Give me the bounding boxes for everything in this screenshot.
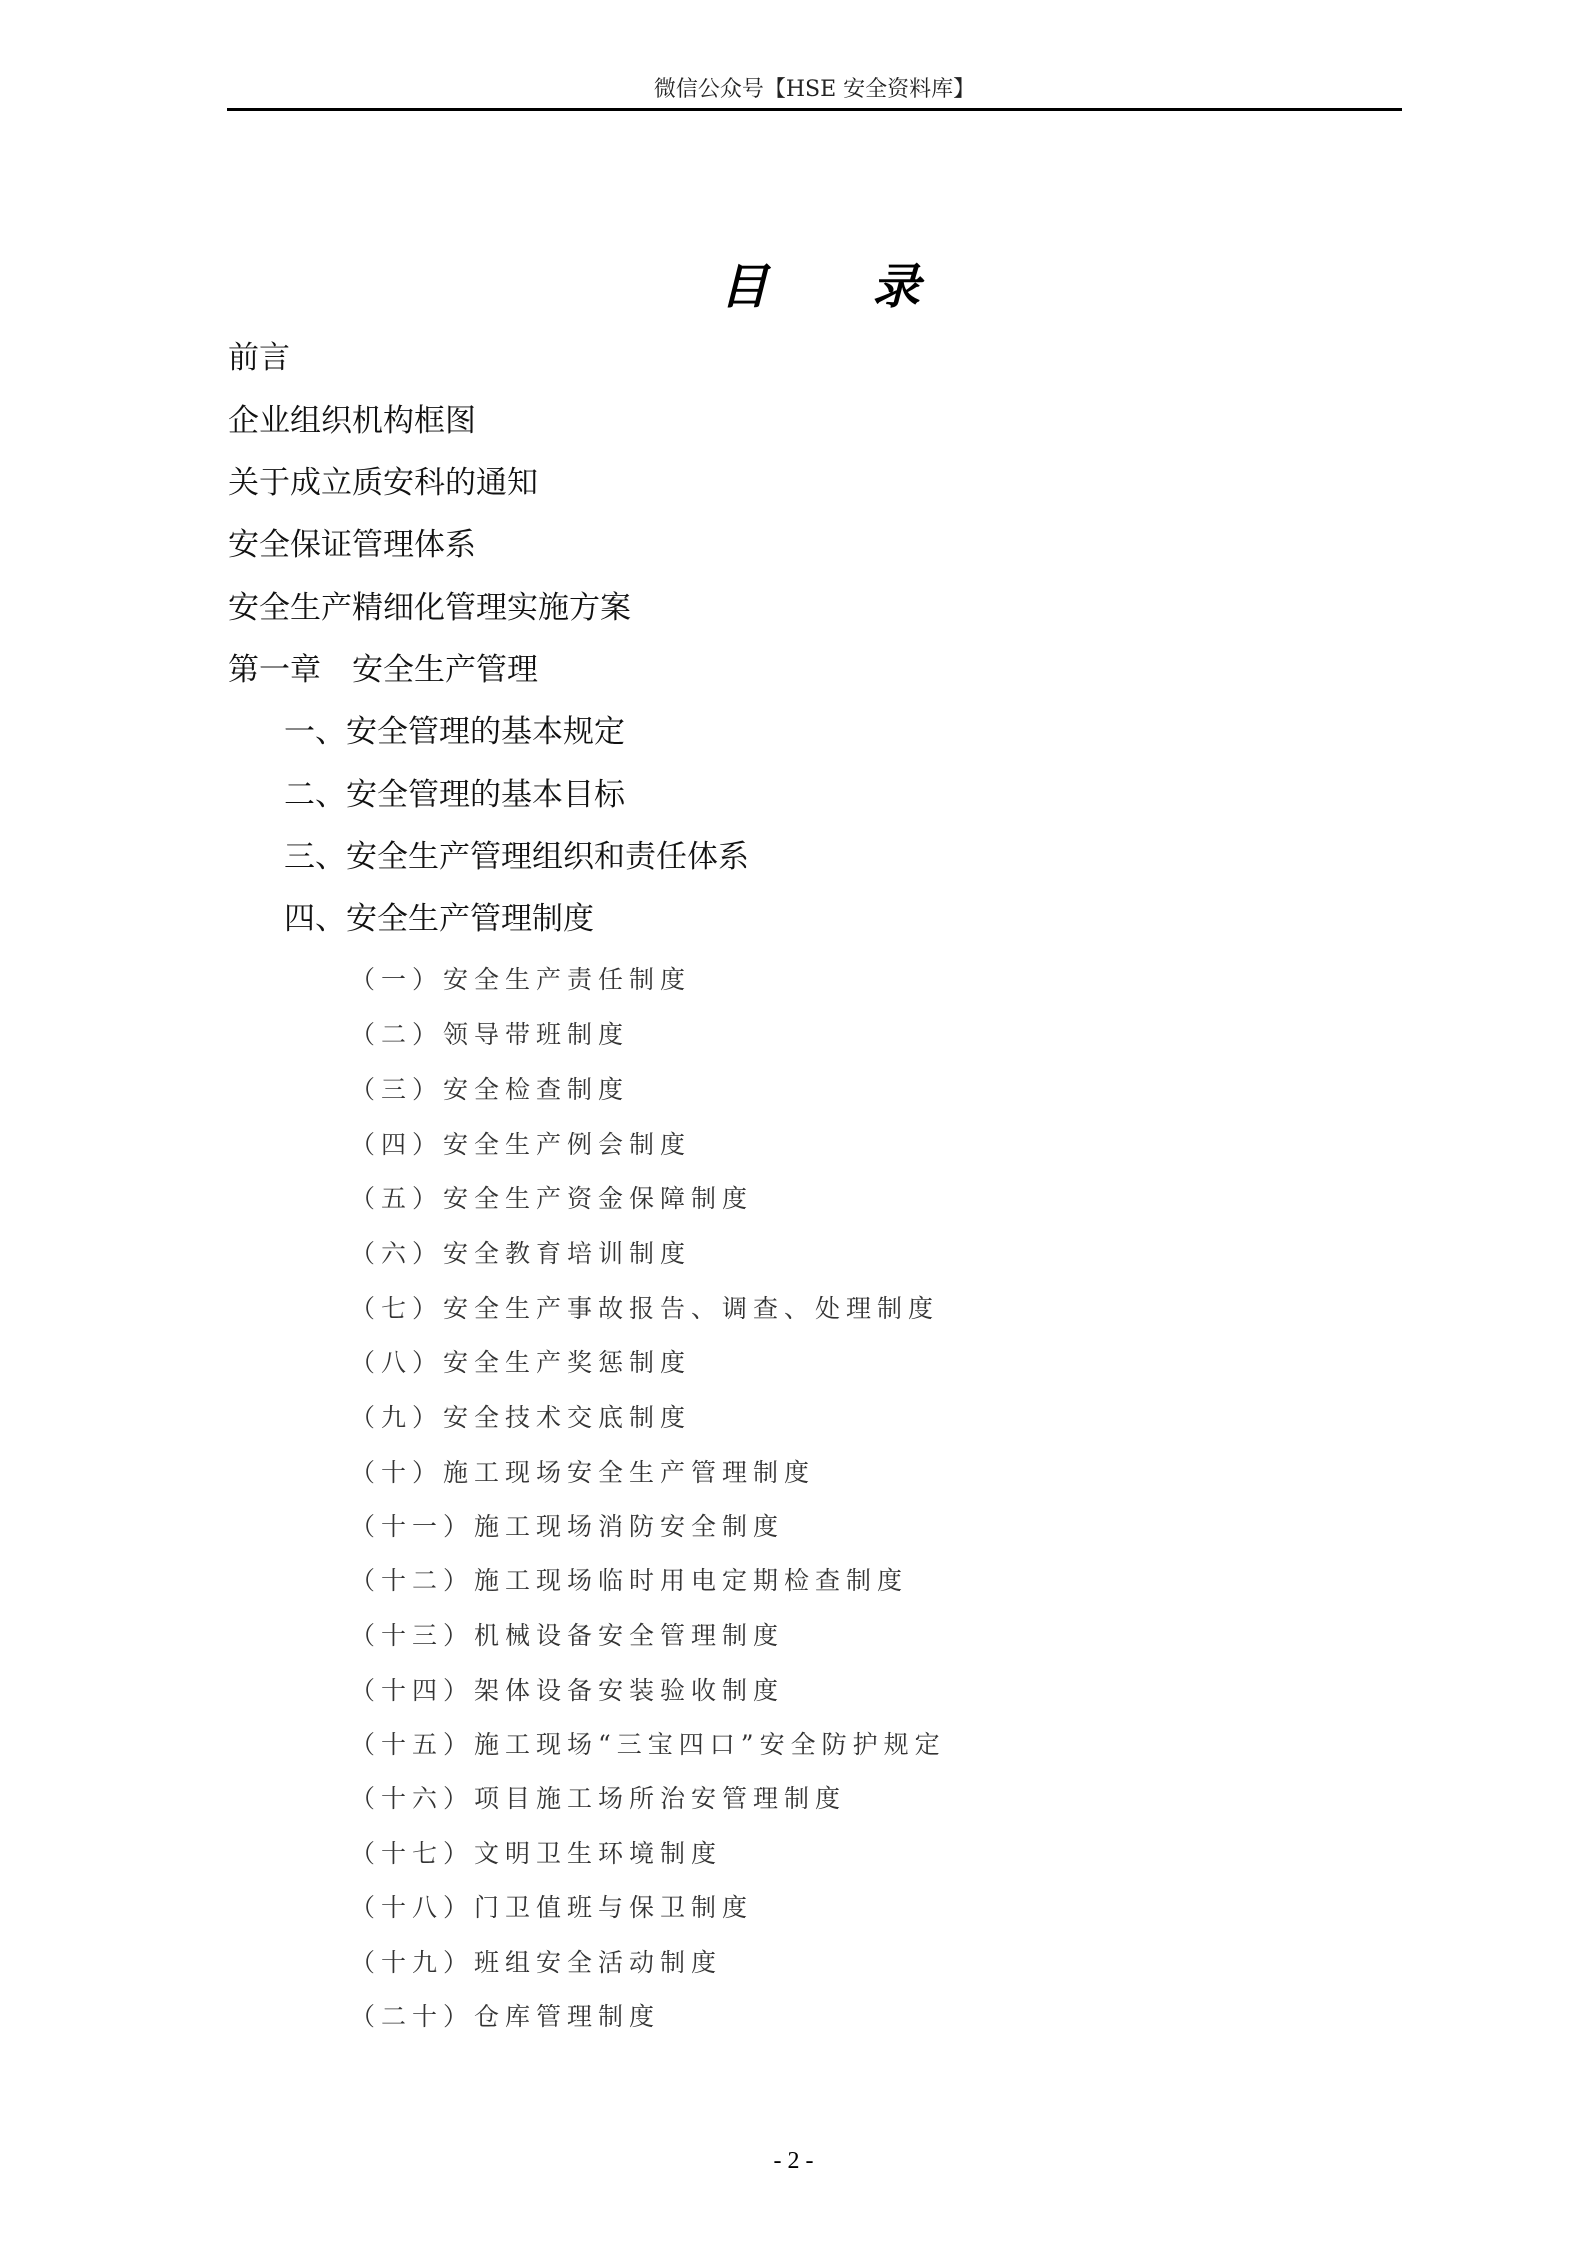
toc-entry-subsection[interactable]: （十一）施工现场消防安全制度 [350, 1512, 784, 1542]
toc-entry-subsection[interactable]: （五）安全生产资金保障制度 [350, 1184, 753, 1214]
toc-entry-implementation-plan[interactable]: 安全生产精细化管理实施方案 [228, 590, 631, 626]
toc-entry-org-chart[interactable]: 企业组织机构框图 [228, 403, 476, 439]
toc-entry-subsection[interactable]: （七）安全生产事故报告、调查、处理制度 [350, 1294, 939, 1324]
toc-entry-subsection[interactable]: （二十）仓库管理制度 [350, 2002, 660, 2032]
toc-entry-subsection[interactable]: （十四）架体设备安装验收制度 [350, 1676, 784, 1706]
toc-entry-subsection[interactable]: （十七）文明卫生环境制度 [350, 1839, 722, 1869]
toc-entry-subsection[interactable]: （十六）项目施工场所治安管理制度 [350, 1784, 846, 1814]
toc-entry-section[interactable]: 四、安全生产管理制度 [284, 901, 594, 937]
toc-entry-subsection[interactable]: （三）安全检查制度 [350, 1075, 629, 1105]
toc-entry-subsection[interactable]: （十）施工现场安全生产管理制度 [350, 1458, 815, 1488]
toc-entry-section[interactable]: 三、安全生产管理组织和责任体系 [284, 839, 749, 875]
toc-entry-subsection[interactable]: （八）安全生产奖惩制度 [350, 1348, 691, 1378]
toc-entry-preface[interactable]: 前言 [228, 340, 290, 376]
toc-entry-chapter-1[interactable]: 第一章 安全生产管理 [228, 652, 538, 688]
toc-title: 目 录 [720, 248, 920, 317]
toc-title-char: 录 [872, 248, 920, 317]
page-header: 微信公众号【HSE 安全资料库】 [227, 72, 1402, 103]
header-divider [227, 108, 1402, 111]
toc-entry-notice[interactable]: 关于成立质安科的通知 [228, 465, 538, 501]
toc-entry-subsection[interactable]: （十五）施工现场“三宝四口”安全防护规定 [350, 1730, 946, 1760]
toc-entry-subsection[interactable]: （九）安全技术交底制度 [350, 1403, 691, 1433]
toc-entry-section[interactable]: 二、安全管理的基本目标 [284, 777, 625, 813]
toc-entry-subsection[interactable]: （四）安全生产例会制度 [350, 1130, 691, 1160]
toc-entry-subsection[interactable]: （十八）门卫值班与保卫制度 [350, 1893, 753, 1923]
toc-entry-subsection[interactable]: （十二）施工现场临时用电定期检查制度 [350, 1566, 908, 1596]
toc-entry-subsection[interactable]: （十九）班组安全活动制度 [350, 1948, 722, 1978]
toc-entry-subsection[interactable]: （六）安全教育培训制度 [350, 1239, 691, 1269]
toc-title-char: 目 [720, 248, 768, 317]
toc-entry-subsection[interactable]: （一）安全生产责任制度 [350, 965, 691, 995]
toc-entry-section[interactable]: 一、安全管理的基本规定 [284, 714, 625, 750]
toc-entry-safety-system[interactable]: 安全保证管理体系 [228, 527, 476, 563]
toc-entry-subsection[interactable]: （二）领导带班制度 [350, 1020, 629, 1050]
page-number: - 2 - [0, 2148, 1587, 2175]
toc-entry-subsection[interactable]: （十三）机械设备安全管理制度 [350, 1621, 784, 1651]
